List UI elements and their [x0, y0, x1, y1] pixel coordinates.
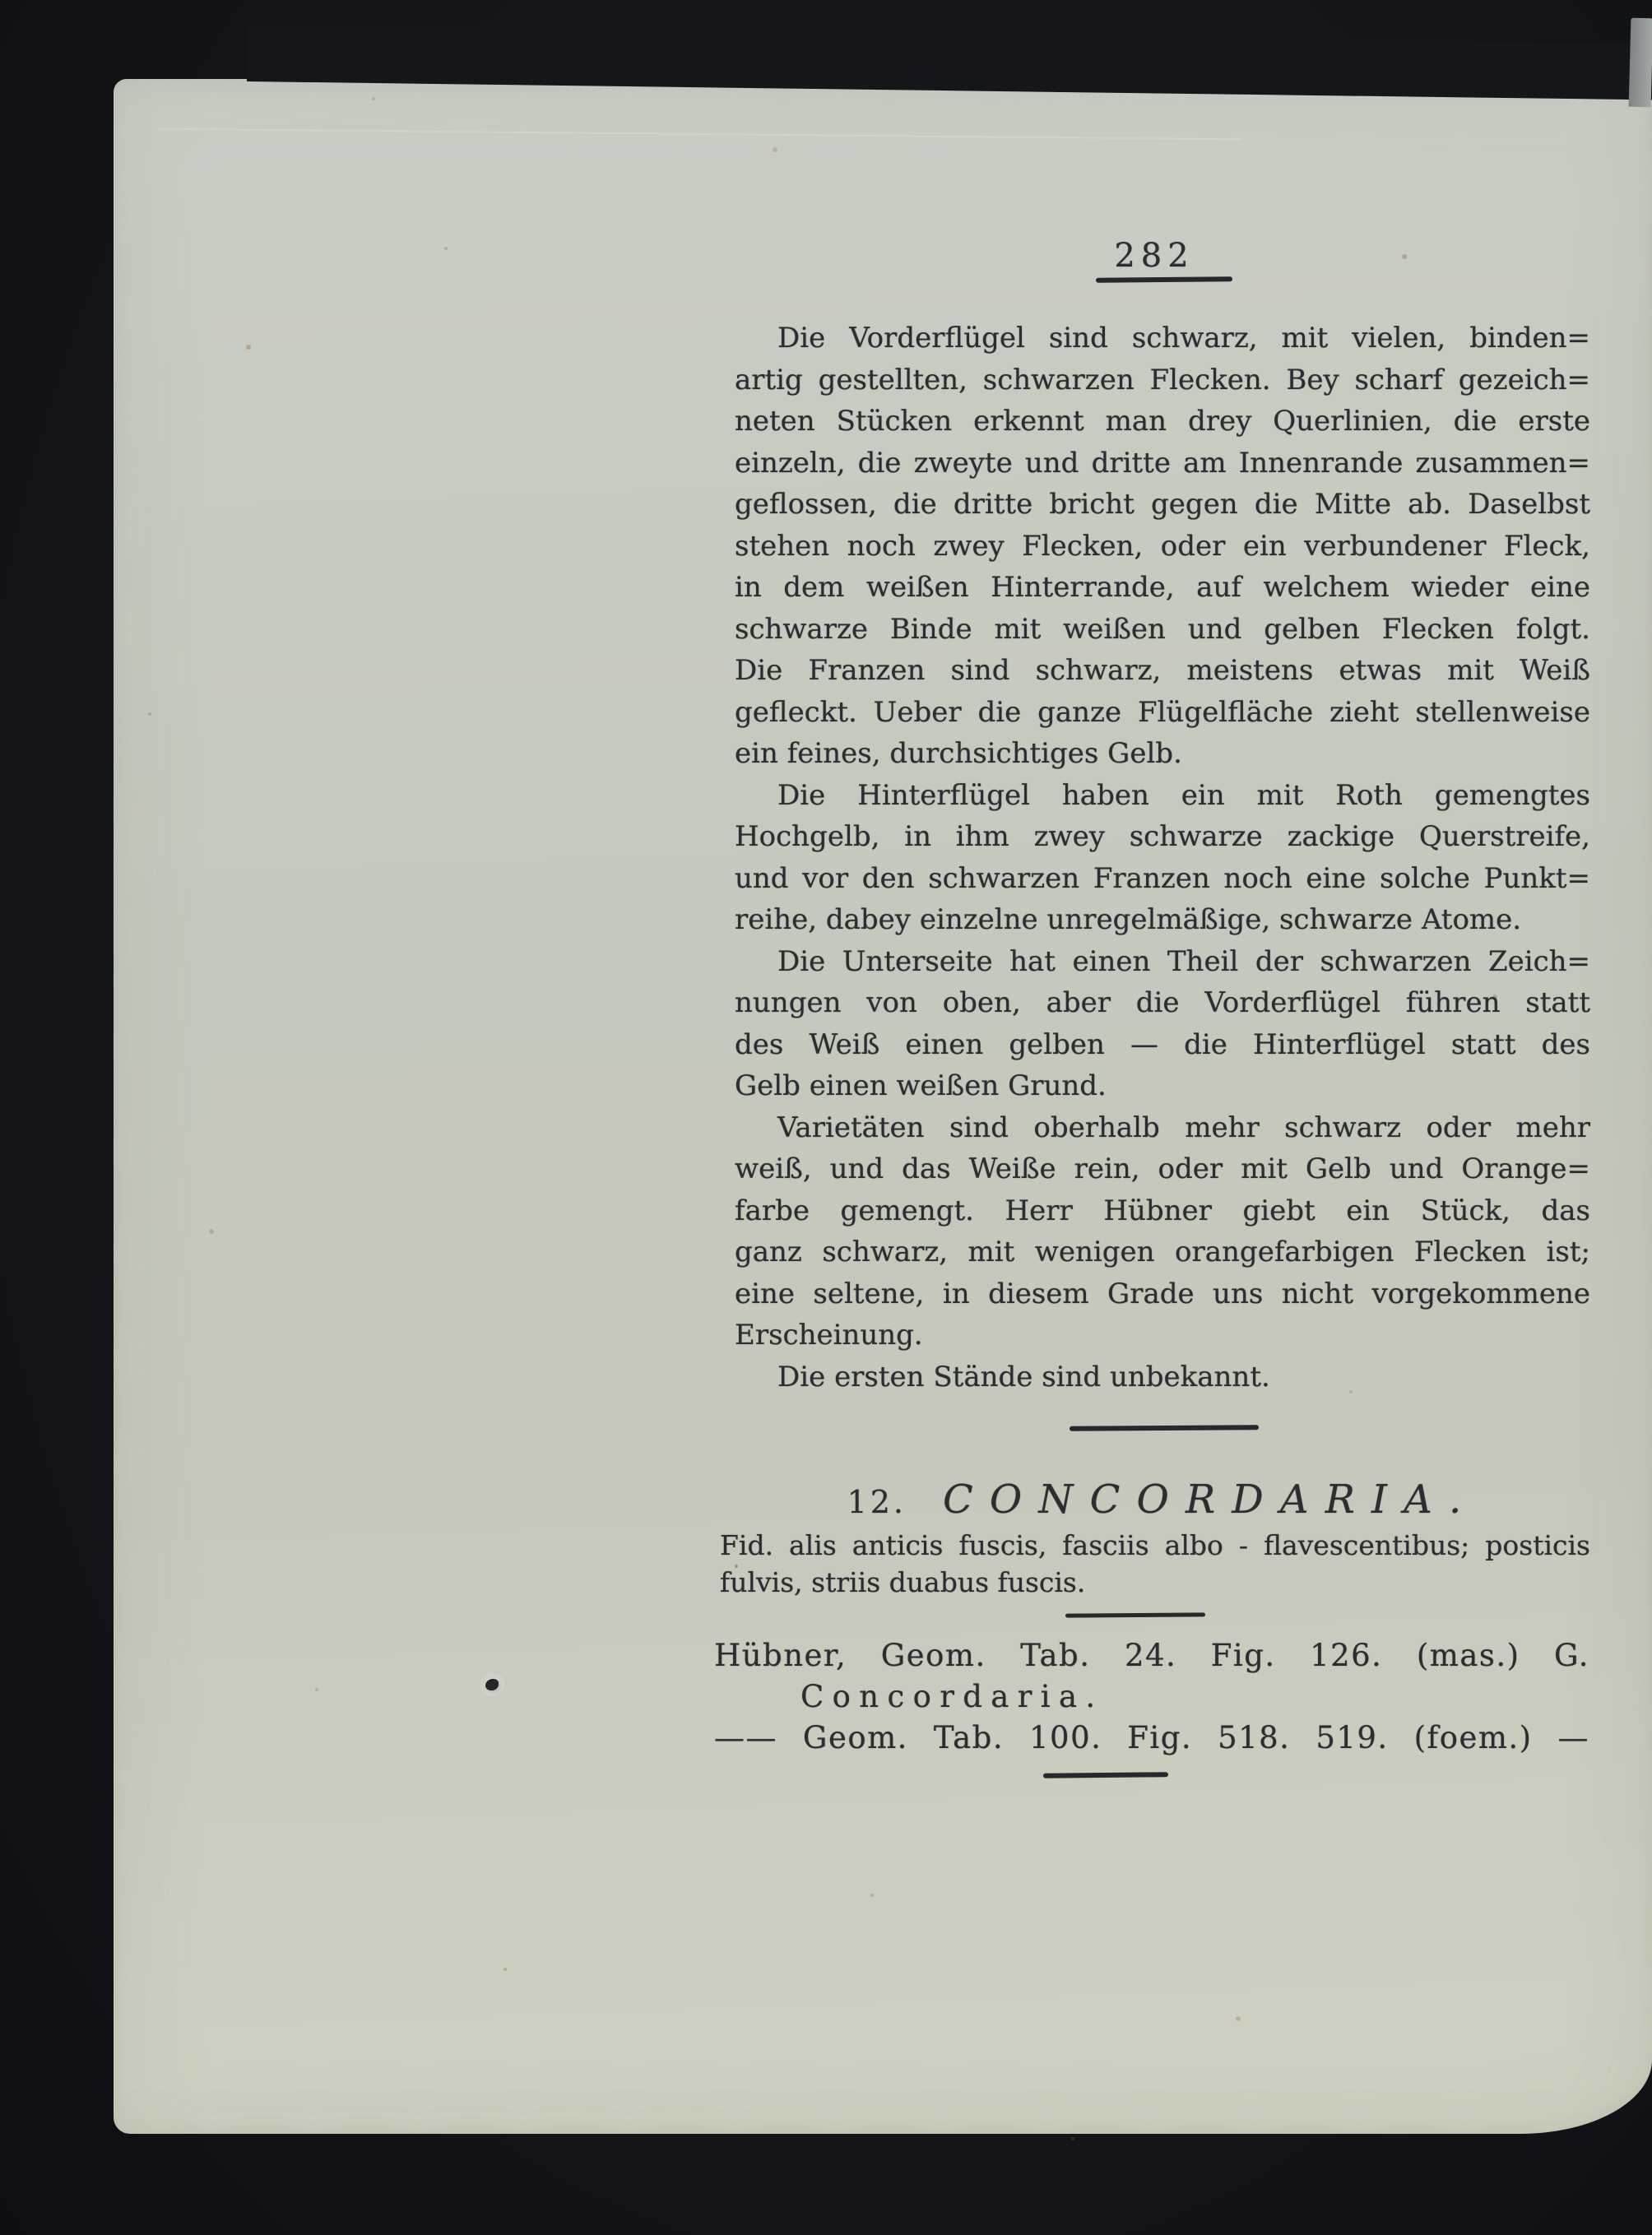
text-line: Erscheinung. — [735, 1315, 1590, 1356]
text-line: —— Geom. Tab. 100. Fig. 518. 519. (foem.… — [714, 1718, 1589, 1759]
text-line: Die Unterseite hat einen Theil der schwa… — [735, 941, 1590, 983]
text-line: einzeln, die zweyte und dritte am Innenr… — [735, 443, 1590, 485]
text-line: Varietäten sind oberhalb mehr schwarz od… — [735, 1107, 1590, 1149]
text-line: weiß, und das Weiße rein, oder mit Gelb … — [735, 1148, 1590, 1190]
text-line: neten Stücken erkennt man drey Querlinie… — [735, 401, 1590, 443]
text-line: geflossen, die dritte bricht gegen die M… — [735, 484, 1590, 526]
text-line: reihe, dabey einzelne unregelmäßige, sch… — [735, 899, 1590, 941]
text-line: Die Franzen sind schwarz, meistens etwas… — [735, 650, 1590, 692]
text-line: Die Vorderflügel sind schwarz, mit viele… — [735, 318, 1590, 359]
section-heading: 12. CONCORDARIA. — [735, 1477, 1590, 1523]
book-fore-edge — [1629, 18, 1652, 108]
text-line: und vor den schwarzen Franzen noch eine … — [735, 858, 1590, 900]
text-line: Hochgelb, in ihm zwey schwarze zackige Q… — [735, 816, 1590, 858]
section-number: 12. — [847, 1484, 907, 1520]
text-line: artig gestellten, schwarzen Flecken. Bey… — [735, 359, 1590, 401]
scan-background: 282 Die Vorderflügel sind schwarz, mit v… — [0, 0, 1652, 2235]
text-line: nungen von oben, aber die Vorderflügel f… — [735, 982, 1590, 1024]
text-line: gefleckt. Ueber die ganze Flügelfläche z… — [735, 692, 1590, 734]
body-text: Die Vorderflügel sind schwarz, mit viele… — [735, 318, 1590, 1398]
text-line: eine seltene, in diesem Grade uns nicht … — [735, 1273, 1590, 1315]
references-block: Hübner, Geom. Tab. 24. Fig. 126. (mas.) … — [714, 1635, 1589, 1759]
page-header: 282 — [1100, 237, 1209, 275]
text-line: ganz schwarz, mit wenigen orangefarbigen… — [735, 1231, 1590, 1273]
text-line: fulvis, striis duabus fuscis. — [720, 1564, 1590, 1601]
text-line: Hübner, Geom. Tab. 24. Fig. 126. (mas.) … — [714, 1635, 1589, 1676]
text-line: Fid. alis anticis fuscis, fasciis albo -… — [720, 1527, 1590, 1564]
text-line: ein feines, durchsichtiges Gelb. — [735, 733, 1590, 775]
text-line: Concordaria. — [800, 1676, 1589, 1718]
text-line: Die ersten Stände sind unbekannt. — [735, 1356, 1590, 1398]
text-line: Gelb einen weißen Grund. — [735, 1065, 1590, 1107]
text-line: des Weiß einen gelben — die Hinterflügel… — [735, 1024, 1590, 1066]
text-line: schwarze Binde mit weißen und gelben Fle… — [735, 609, 1590, 651]
diagnosis-block: Fid. alis anticis fuscis, fasciis albo -… — [720, 1527, 1590, 1601]
section-title: CONCORDARIA. — [943, 1477, 1478, 1523]
page-number: 282 — [1100, 237, 1209, 275]
text-line: stehen noch zwey Flecken, oder ein verbu… — [735, 526, 1590, 568]
text-line: Die Hinterflügel haben ein mit Roth geme… — [735, 775, 1590, 817]
text-line: farbe gemengt. Herr Hübner giebt ein Stü… — [735, 1190, 1590, 1232]
paper-fiber-specks — [0, 0, 3, 3]
text-line: in dem weißen Hinterrande, auf welchem w… — [735, 567, 1590, 609]
